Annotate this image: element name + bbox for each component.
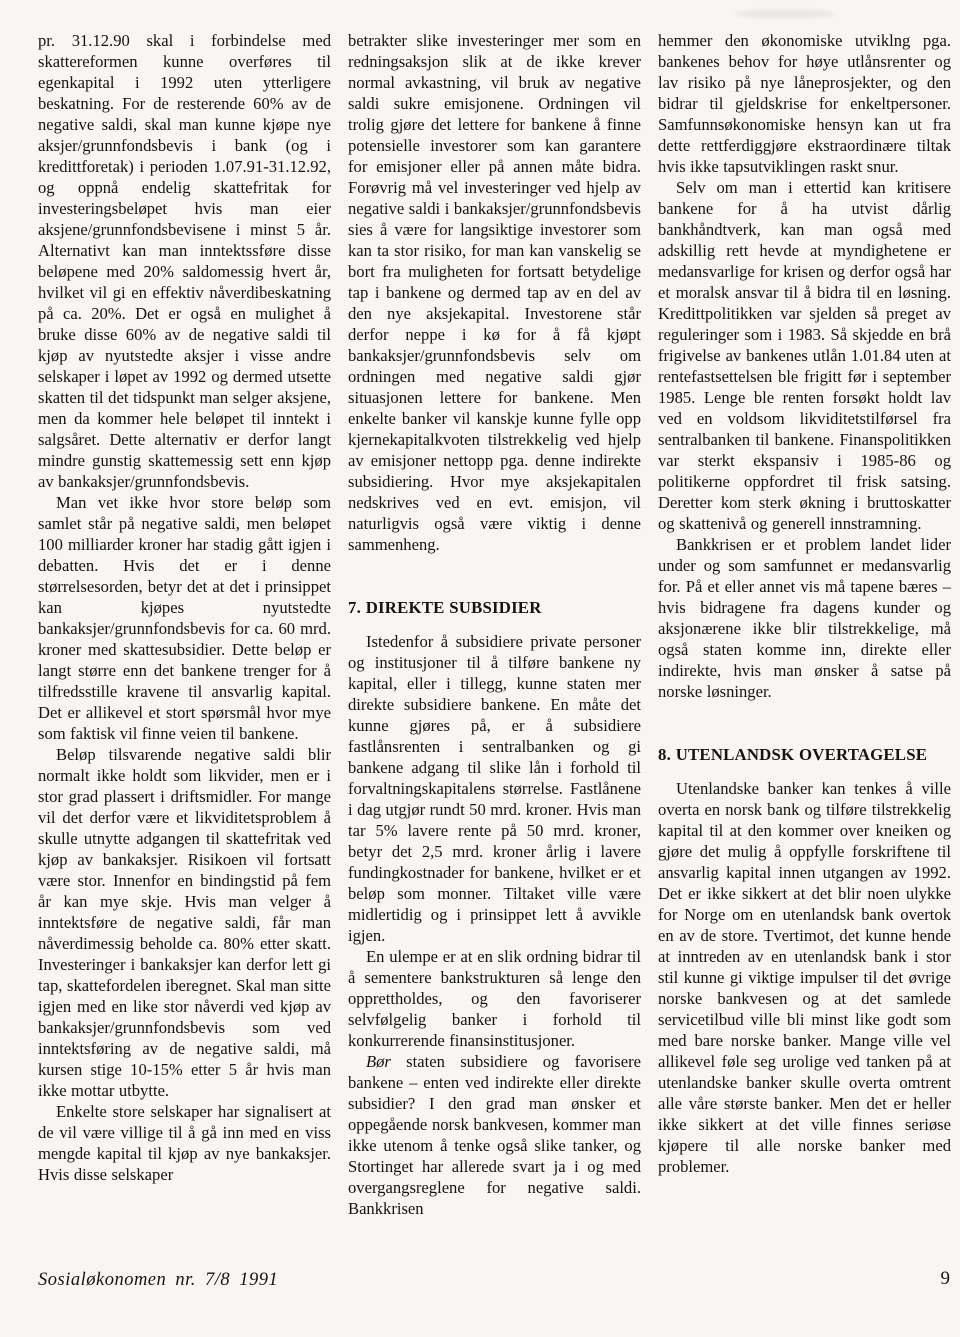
column-right: hemmer den økonomiske utviklng pga. bank… [658,30,951,1219]
paragraph: Enkelte store selskaper har signalisert … [38,1101,331,1185]
text-columns: pr. 31.12.90 skal i forbindelse med skat… [38,30,950,1219]
paragraph: Bankkrisen er et problem landet lider un… [658,534,951,702]
scan-artifact [735,10,835,18]
paragraph: pr. 31.12.90 skal i forbindelse med skat… [38,30,331,492]
paragraph: Utenlandske banker kan tenkes å ville ov… [658,778,951,1177]
paragraph-text: staten subsidiere og favorisere bankene … [348,1052,641,1218]
column-left: pr. 31.12.90 skal i forbindelse med skat… [38,30,331,1219]
paragraph: Beløp tilsvarende negative saldi blir no… [38,744,331,1101]
page-number: 9 [941,1268,951,1290]
paragraph: hemmer den økonomiske utviklng pga. bank… [658,30,951,177]
paragraph: Selv om man i ettertid kan kritisere ban… [658,177,951,534]
section-heading-utenlandsk-overtagelse: 8. UTENLANDSK OVERTAGELSE [658,744,951,765]
column-middle: betrakter slike investeringer mer som en… [348,30,641,1219]
journal-footer: Sosialøkonomen nr. 7/8 1991 [38,1270,278,1291]
paragraph: Istedenfor å subsidiere private personer… [348,631,641,946]
paragraph: En ulempe er at en slik ordning bidrar t… [348,946,641,1051]
section-heading-direkte-subsidier: 7. DIREKTE SUBSIDIER [348,597,641,618]
journal-page: pr. 31.12.90 skal i forbindelse med skat… [0,0,960,1337]
paragraph: betrakter slike investeringer mer som en… [348,30,641,555]
paragraph: Bør staten subsidiere og favorisere bank… [348,1051,641,1219]
paragraph: Man vet ikke hvor store beløp som samlet… [38,492,331,744]
italic-lead-word: Bør [366,1052,391,1071]
